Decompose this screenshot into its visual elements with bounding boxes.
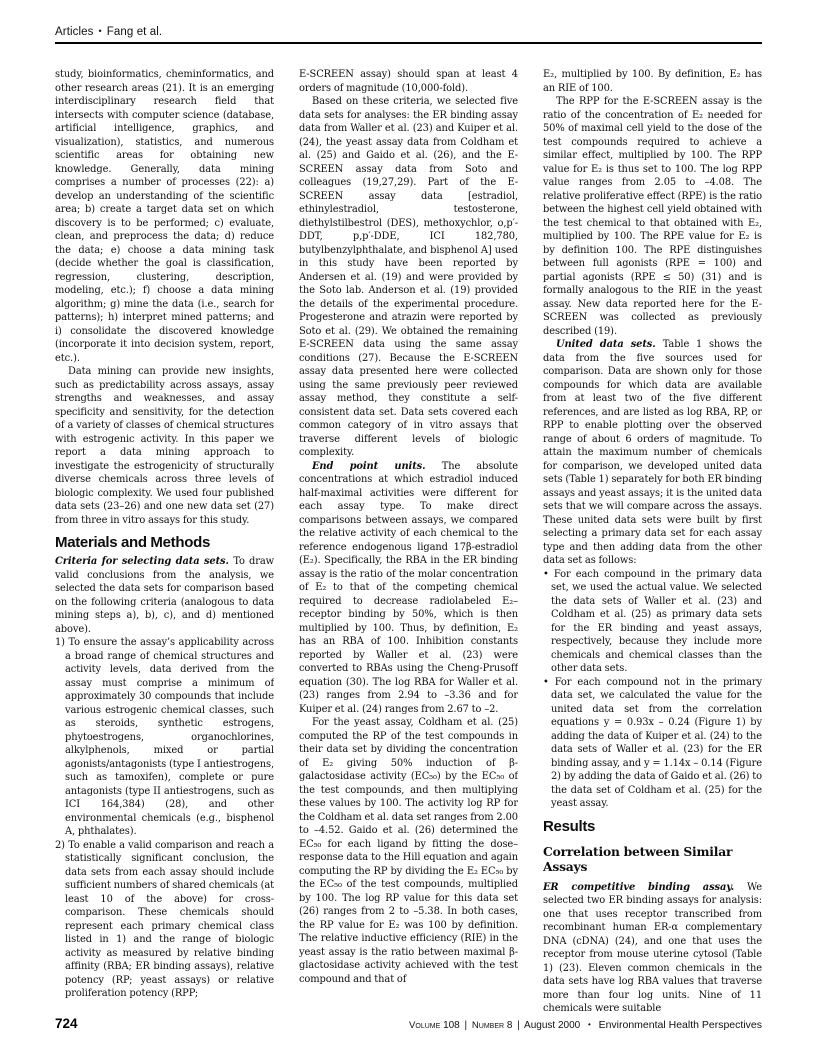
heading-results: Results xyxy=(543,818,762,835)
journal-page: Articles•Fang et al. study, bioinformati… xyxy=(0,0,816,1057)
paragraph-rpp-escreen: The RPP for the E-SCREEN assay is the ra… xyxy=(543,95,762,338)
running-head-section: Articles xyxy=(55,26,94,38)
column-1: study, bioinformatics, cheminformatics, … xyxy=(55,68,274,1016)
pipe-separator: | xyxy=(517,1020,520,1031)
paragraph-lead: Criteria for selecting data sets. xyxy=(55,556,233,567)
bullet-separator-icon: • xyxy=(99,26,102,36)
running-head-authors: Fang et al. xyxy=(107,26,162,38)
paragraph-er-competitive-binding: ER competitive binding assay. We selecte… xyxy=(543,881,762,1016)
bullet-separator-icon: • xyxy=(588,1020,591,1029)
page-footer: 724 Volume 108 | Number 8 | August 2000 … xyxy=(55,1016,762,1031)
volume-label: Volume xyxy=(409,1020,440,1031)
paragraph-data-mining-insights: Data mining can provide new insights, su… xyxy=(55,365,274,527)
list-item-criterion-2: 2) To enable a valid comparison and reac… xyxy=(55,839,274,1001)
paragraph-rie-continued: E₂, multiplied by 100. By definition, E₂… xyxy=(543,68,762,95)
paragraph-criterion-2-continued: E-SCREEN assay) should span at least 4 o… xyxy=(299,68,518,95)
page-number: 724 xyxy=(55,1016,78,1031)
issue-line: Volume 108 | Number 8 | August 2000 • En… xyxy=(409,1019,762,1031)
paragraph-united-data-sets: United data sets. Table 1 shows the data… xyxy=(543,338,762,568)
paragraph-lead: ER competitive binding assay. xyxy=(543,882,747,893)
paragraph-yeast-assay: For the yeast assay, Coldham et al. (25)… xyxy=(299,716,518,986)
issue-date: August 2000 xyxy=(524,1020,580,1031)
paragraph-data-mining-overview: study, bioinformatics, cheminformatics, … xyxy=(55,68,274,365)
paragraph-lead: End point units. xyxy=(312,461,442,472)
bullet-item-primary-data-set: • For each compound in the primary data … xyxy=(543,568,762,676)
paragraph-lead: United data sets. xyxy=(556,339,663,350)
header-rule xyxy=(55,42,762,44)
number-value: 8 xyxy=(507,1020,513,1031)
subheading-correlation-between-similar-assays: Correlation between Similar Assays xyxy=(543,844,762,874)
number-label: Number xyxy=(472,1020,504,1031)
volume-value: 108 xyxy=(443,1020,460,1031)
article-body: study, bioinformatics, cheminformatics, … xyxy=(55,68,762,1016)
journal-title: Environmental Health Perspectives xyxy=(599,1019,762,1031)
paragraph-criteria: Criteria for selecting data sets. To dra… xyxy=(55,555,274,636)
paragraph-end-point-units: End point units. The absolute concentrat… xyxy=(299,460,518,717)
pipe-separator: | xyxy=(465,1020,468,1031)
bullet-item-correlation-equations: • For each compound not in the primary d… xyxy=(543,676,762,811)
running-head: Articles•Fang et al. xyxy=(55,26,762,38)
column-3: E₂, multiplied by 100. By definition, E₂… xyxy=(543,68,762,1016)
list-item-criterion-1: 1) To ensure the assay’s applicability a… xyxy=(55,636,274,839)
heading-materials-and-methods: Materials and Methods xyxy=(55,534,274,551)
paragraph-five-data-sets: Based on these criteria, we selected fiv… xyxy=(299,95,518,460)
column-2: E-SCREEN assay) should span at least 4 o… xyxy=(299,68,518,1016)
